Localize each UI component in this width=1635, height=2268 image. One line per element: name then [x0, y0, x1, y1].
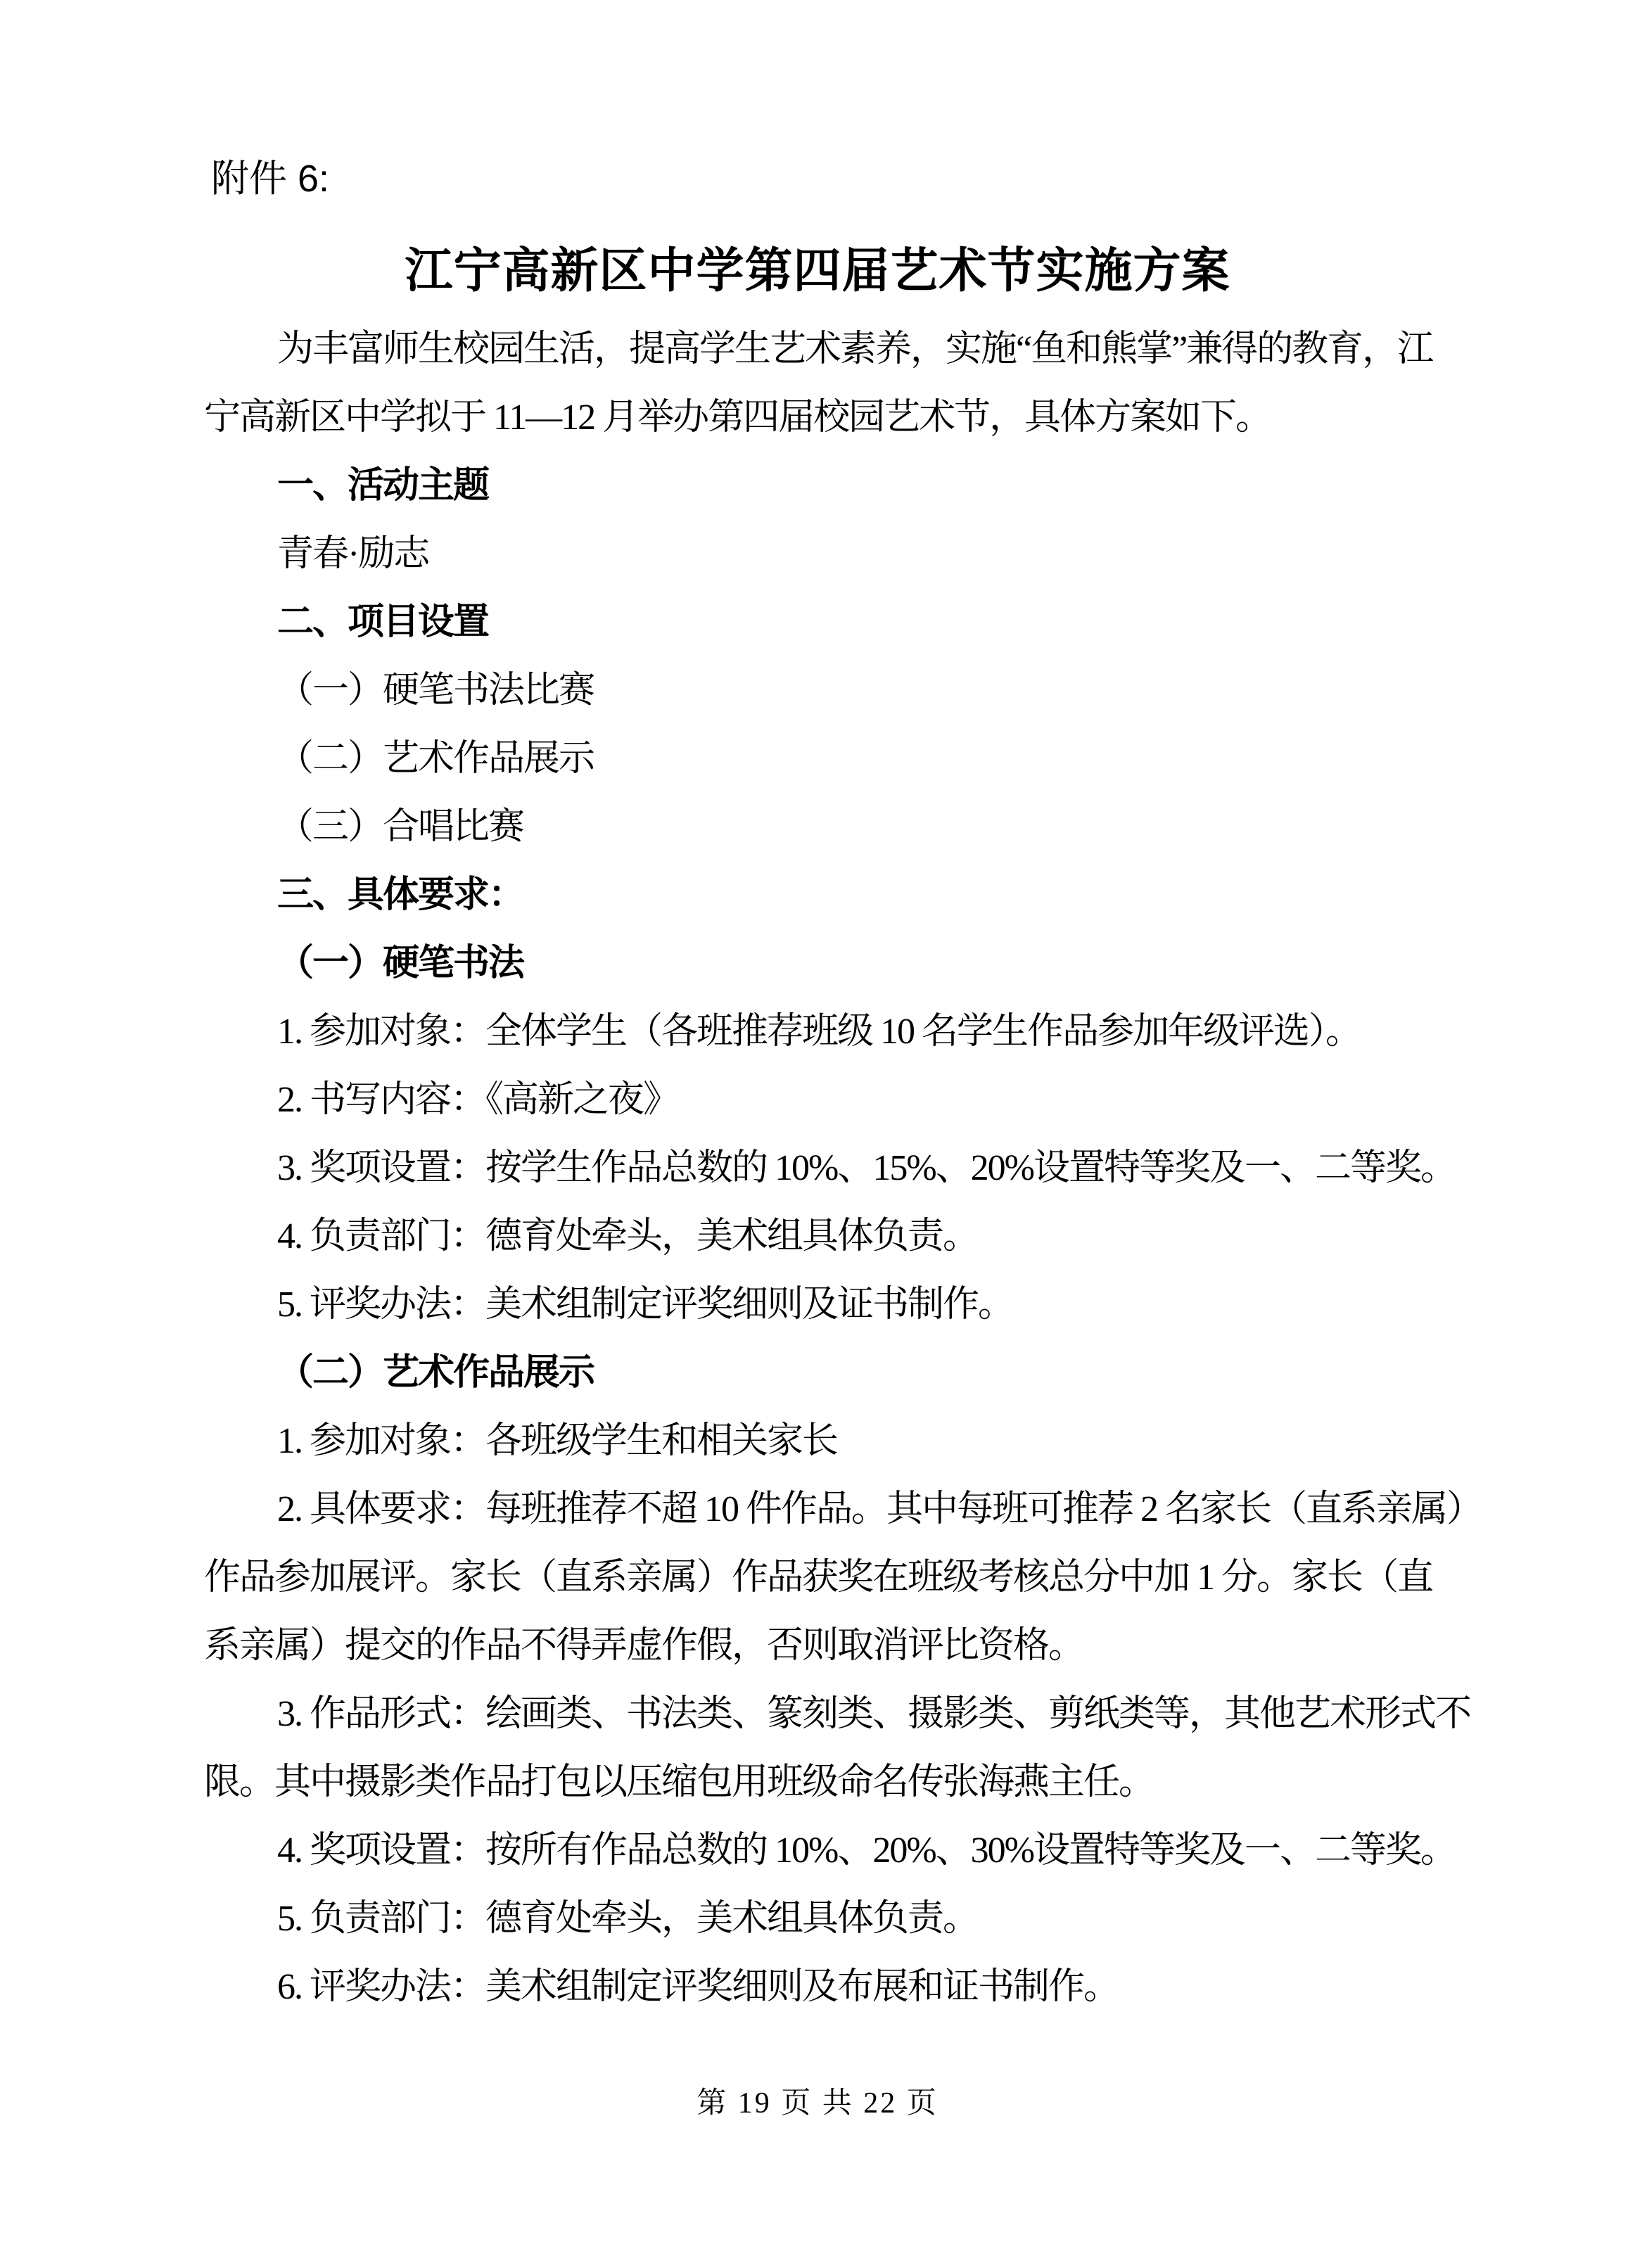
heading-activity-theme: 一、活动主题	[204, 452, 1470, 520]
calligraphy-item-1: 1. 参加对象：全体学生（各班推荐班级 10 名学生作品参加年级评选）。	[204, 998, 1470, 1066]
artwork-item-3-line-2: 限。其中摄影类作品打包以压缩包用班级命名传张海燕主任。	[204, 1748, 1470, 1816]
artwork-item-1: 1. 参加对象：各班级学生和相关家长	[204, 1407, 1470, 1475]
calligraphy-item-2: 2. 书写内容：《高新之夜》	[204, 1066, 1470, 1134]
calligraphy-item-3: 3. 奖项设置：按学生作品总数的 10%、15%、20%设置特等奖及一、二等奖。	[204, 1134, 1470, 1202]
intro-line-2: 宁高新区中学拟于 11—12 月举办第四届校园艺术节，具体方案如下。	[204, 383, 1470, 452]
page-number-footer: 第 19 页 共 22 页	[0, 2081, 1635, 2126]
artwork-item-2-line-1: 2. 具体要求：每班推荐不超 10 件作品。其中每班可推荐 2 名家长（直系亲属…	[204, 1475, 1470, 1543]
artwork-item-4: 4. 奖项设置：按所有作品总数的 10%、20%、30%设置特等奖及一、二等奖。	[204, 1816, 1470, 1885]
heading-requirements: 三、具体要求：	[204, 861, 1470, 929]
theme-text: 青春·励志	[204, 520, 1470, 588]
subheading-artwork: （二）艺术作品展示	[204, 1339, 1470, 1407]
subheading-calligraphy: （一）硬笔书法	[204, 929, 1470, 998]
artwork-item-5: 5. 负责部门：德育处牵头，美术组具体负责。	[204, 1885, 1470, 1953]
document-page: 附件 6: 江宁高新区中学第四届艺术节实施方案 为丰富师生校园生活，提高学生艺术…	[0, 0, 1635, 2268]
calligraphy-item-4: 4. 负责部门：德育处牵头，美术组具体负责。	[204, 1202, 1470, 1270]
artwork-item-3-line-1: 3. 作品形式：绘画类、书法类、篆刻类、摄影类、剪纸类等，其他艺术形式不	[204, 1680, 1470, 1748]
intro-line-1: 为丰富师生校园生活，提高学生艺术素养，实施“鱼和熊掌”兼得的教育，江	[204, 315, 1470, 383]
project-item-chorus: （三）合唱比赛	[204, 793, 1470, 861]
document-body: 为丰富师生校园生活，提高学生艺术素养，实施“鱼和熊掌”兼得的教育，江 宁高新区中…	[204, 315, 1470, 2021]
calligraphy-item-5: 5. 评奖办法：美术组制定评奖细则及证书制作。	[204, 1270, 1470, 1339]
project-item-calligraphy: （一）硬笔书法比赛	[204, 656, 1470, 725]
artwork-item-6: 6. 评奖办法：美术组制定评奖细则及布展和证书制作。	[204, 1953, 1470, 2021]
document-title: 江宁高新区中学第四届艺术节实施方案	[0, 238, 1635, 304]
artwork-item-2-line-3: 系亲属）提交的作品不得弄虚作假，否则取消评比资格。	[204, 1612, 1470, 1680]
artwork-item-2-line-2: 作品参加展评。家长（直系亲属）作品获奖在班级考核总分中加 1 分。家长（直	[204, 1543, 1470, 1612]
project-item-artwork: （二）艺术作品展示	[204, 725, 1470, 793]
heading-project-setup: 二、项目设置	[204, 588, 1470, 656]
attachment-label: 附件 6:	[211, 154, 329, 203]
